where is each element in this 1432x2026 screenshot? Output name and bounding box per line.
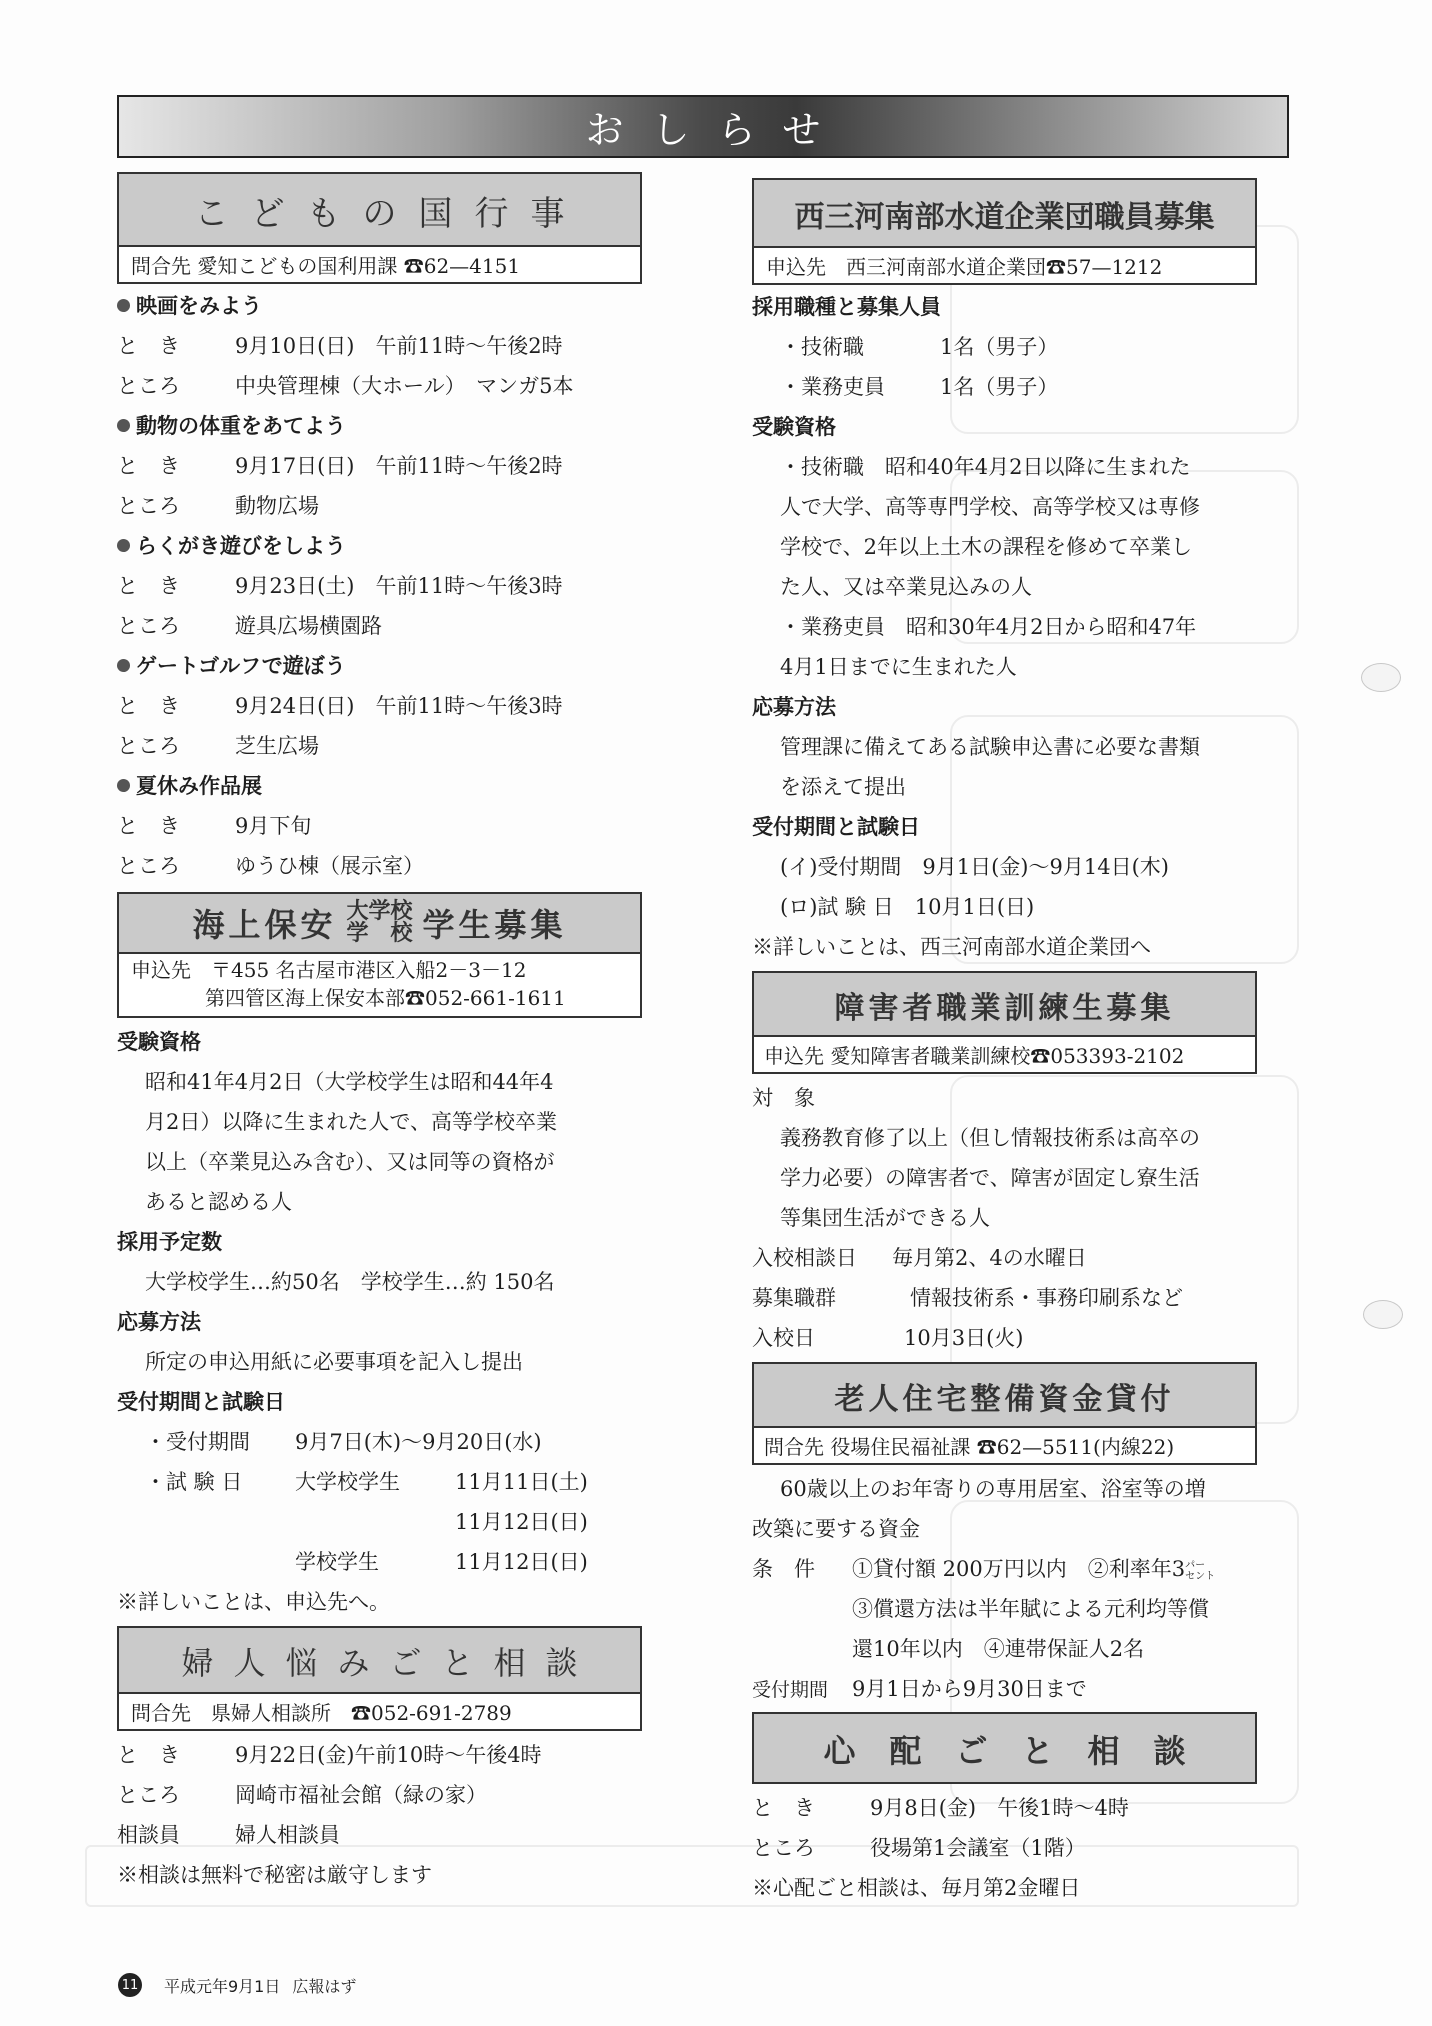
suido-body: 採用職種と募集人員 ・技術職1名（男子） ・業務吏員1名（男子） 受験資格 ・技… [752,287,1287,967]
event-item: らくがき遊びをしよう と き9月23日(土) 午前11時～午後3時 ところ遊具広… [117,526,642,646]
note: ※詳しいことは、西三河南部水道企業団へ [752,927,1287,967]
shinpai-header-box: 心配ごと相談 [752,1712,1257,1784]
event-heading: らくがき遊びをしよう [117,526,642,566]
qualification-heading: 受験資格 [752,407,1287,447]
fujin-body: と き9月22日(金)午前10時～午後4時 ところ岡崎市福祉会館（緑の家） 相談… [117,1735,642,1895]
bullet-icon [117,299,130,312]
kodomo-events: 映画をみよう と き9月10日(日) 午前11時～午後2時 ところ中央管理棟（大… [117,286,642,886]
section-title: 婦人悩みごと相談 [119,1628,640,1694]
fujin-header-box: 婦人悩みごと相談 問合先 県婦人相談所 ☎052-691-2789 [117,1626,642,1731]
apply-heading: 応募方法 [752,687,1287,727]
bullet-icon [117,779,130,792]
section-title: 老人住宅整備資金貸付 [754,1364,1255,1428]
contact-info: 問合先 役場住民福祉課 ☎62—5511(内線22) [754,1428,1255,1463]
shogai-body: 対 象 義務教育修了以上（但し情報技術系は高卒の 学力必要）の障害者で、障害が固… [752,1078,1287,1358]
bullet-icon [117,419,130,432]
qualification-heading: 受験資格 [117,1022,642,1062]
count-heading: 採用予定数 [117,1222,642,1262]
punch-hole [1363,1300,1403,1329]
bullet-icon [117,539,130,552]
event-heading: ゲートゴルフで遊ぼう [117,646,642,686]
event-heading: 夏休み作品展 [117,766,642,806]
note: ※詳しいことは、申込先へ。 [117,1582,642,1622]
publication-name: 広報はず [292,1974,356,1997]
section-title: 障害者職業訓練生募集 [754,973,1255,1037]
note: ※相談は無料で秘密は厳守します [117,1855,642,1895]
left-column: こどもの国行事 問合先 愛知こどもの国利用課 ☎62—4151 映画をみよう と… [117,172,642,1895]
period-heading: 受付期間と試験日 [752,807,1287,847]
section-title: 心配ごと相談 [754,1714,1255,1782]
section-title: こどもの国行事 [119,174,640,247]
rojin-header-box: 老人住宅整備資金貸付 問合先 役場住民福祉課 ☎62—5511(内線22) [752,1362,1257,1465]
period-heading: 受付期間と試験日 [117,1382,642,1422]
event-item: 夏休み作品展 と き9月下旬 ところゆうひ棟（展示室） [117,766,642,886]
percent-unit: パーセント [1185,1560,1215,1582]
kaijo-header-box: 海上保安 大学校 学校 学生募集 申込先 〒455 名古屋市港区入船2－3－12… [117,892,642,1018]
page-title: おしらせ [558,99,849,154]
kaijo-body: 受験資格 昭和41年4月2日（大学校学生は昭和44年4 月2日）以降に生まれた人… [117,1022,642,1622]
suido-header-box: 西三河南部水道企業団職員募集 申込先 西三河南部水道企業団☎57—1212 [752,178,1257,285]
contact-info: 申込先 愛知障害者職業訓練校☎053393-2102 [754,1037,1255,1072]
target-label: 対 象 [752,1078,1287,1118]
page-footer: 11 平成元年9月1日 広報はず [118,1973,368,1997]
note: ※心配ごと相談は、毎月第2金曜日 [752,1868,1287,1908]
event-heading: 映画をみよう [117,286,642,326]
issue-date: 平成元年9月1日 [164,1974,280,1997]
contact-info: 申込先 〒455 名古屋市港区入船2－3－12 第四管区海上保安本部☎052-6… [119,954,640,1016]
jobs-heading: 採用職種と募集人員 [752,287,1287,327]
apply-heading: 応募方法 [117,1302,642,1342]
right-column: 西三河南部水道企業団職員募集 申込先 西三河南部水道企業団☎57—1212 採用… [752,178,1287,1908]
section-title: 西三河南部水道企業団職員募集 [754,180,1255,248]
bullet-icon [117,659,130,672]
shogai-header-box: 障害者職業訓練生募集 申込先 愛知障害者職業訓練校☎053393-2102 [752,971,1257,1074]
section-title: 海上保安 大学校 学校 学生募集 [119,894,640,954]
contact-info: 問合先 県婦人相談所 ☎052-691-2789 [119,1694,640,1729]
shinpai-body: と き9月8日(金) 午後1時～4時 ところ役場第1会議室（1階） ※心配ごと相… [752,1788,1287,1908]
contact-info: 申込先 西三河南部水道企業団☎57—1212 [754,248,1255,283]
event-item: ゲートゴルフで遊ぼう と き9月24日(日) 午前11時～午後3時 ところ芝生広… [117,646,642,766]
event-item: 映画をみよう と き9月10日(日) 午前11時～午後2時 ところ中央管理棟（大… [117,286,642,406]
kodomo-header-box: こどもの国行事 問合先 愛知こどもの国利用課 ☎62—4151 [117,172,642,284]
page-title-bar: おしらせ [117,95,1289,158]
page-number: 11 [118,1973,142,1997]
title-stacked-text: 大学校 学校 [346,901,412,945]
contact-info: 問合先 愛知こどもの国利用課 ☎62—4151 [119,247,640,282]
rojin-body: 60歳以上のお年寄りの専用居室、浴室等の増 改築に要する資金 条 件①貸付額 2… [752,1469,1287,1710]
punch-hole [1361,663,1401,692]
event-item: 動物の体重をあてよう と き9月17日(日) 午前11時～午後2時 ところ動物広… [117,406,642,526]
event-heading: 動物の体重をあてよう [117,406,642,446]
